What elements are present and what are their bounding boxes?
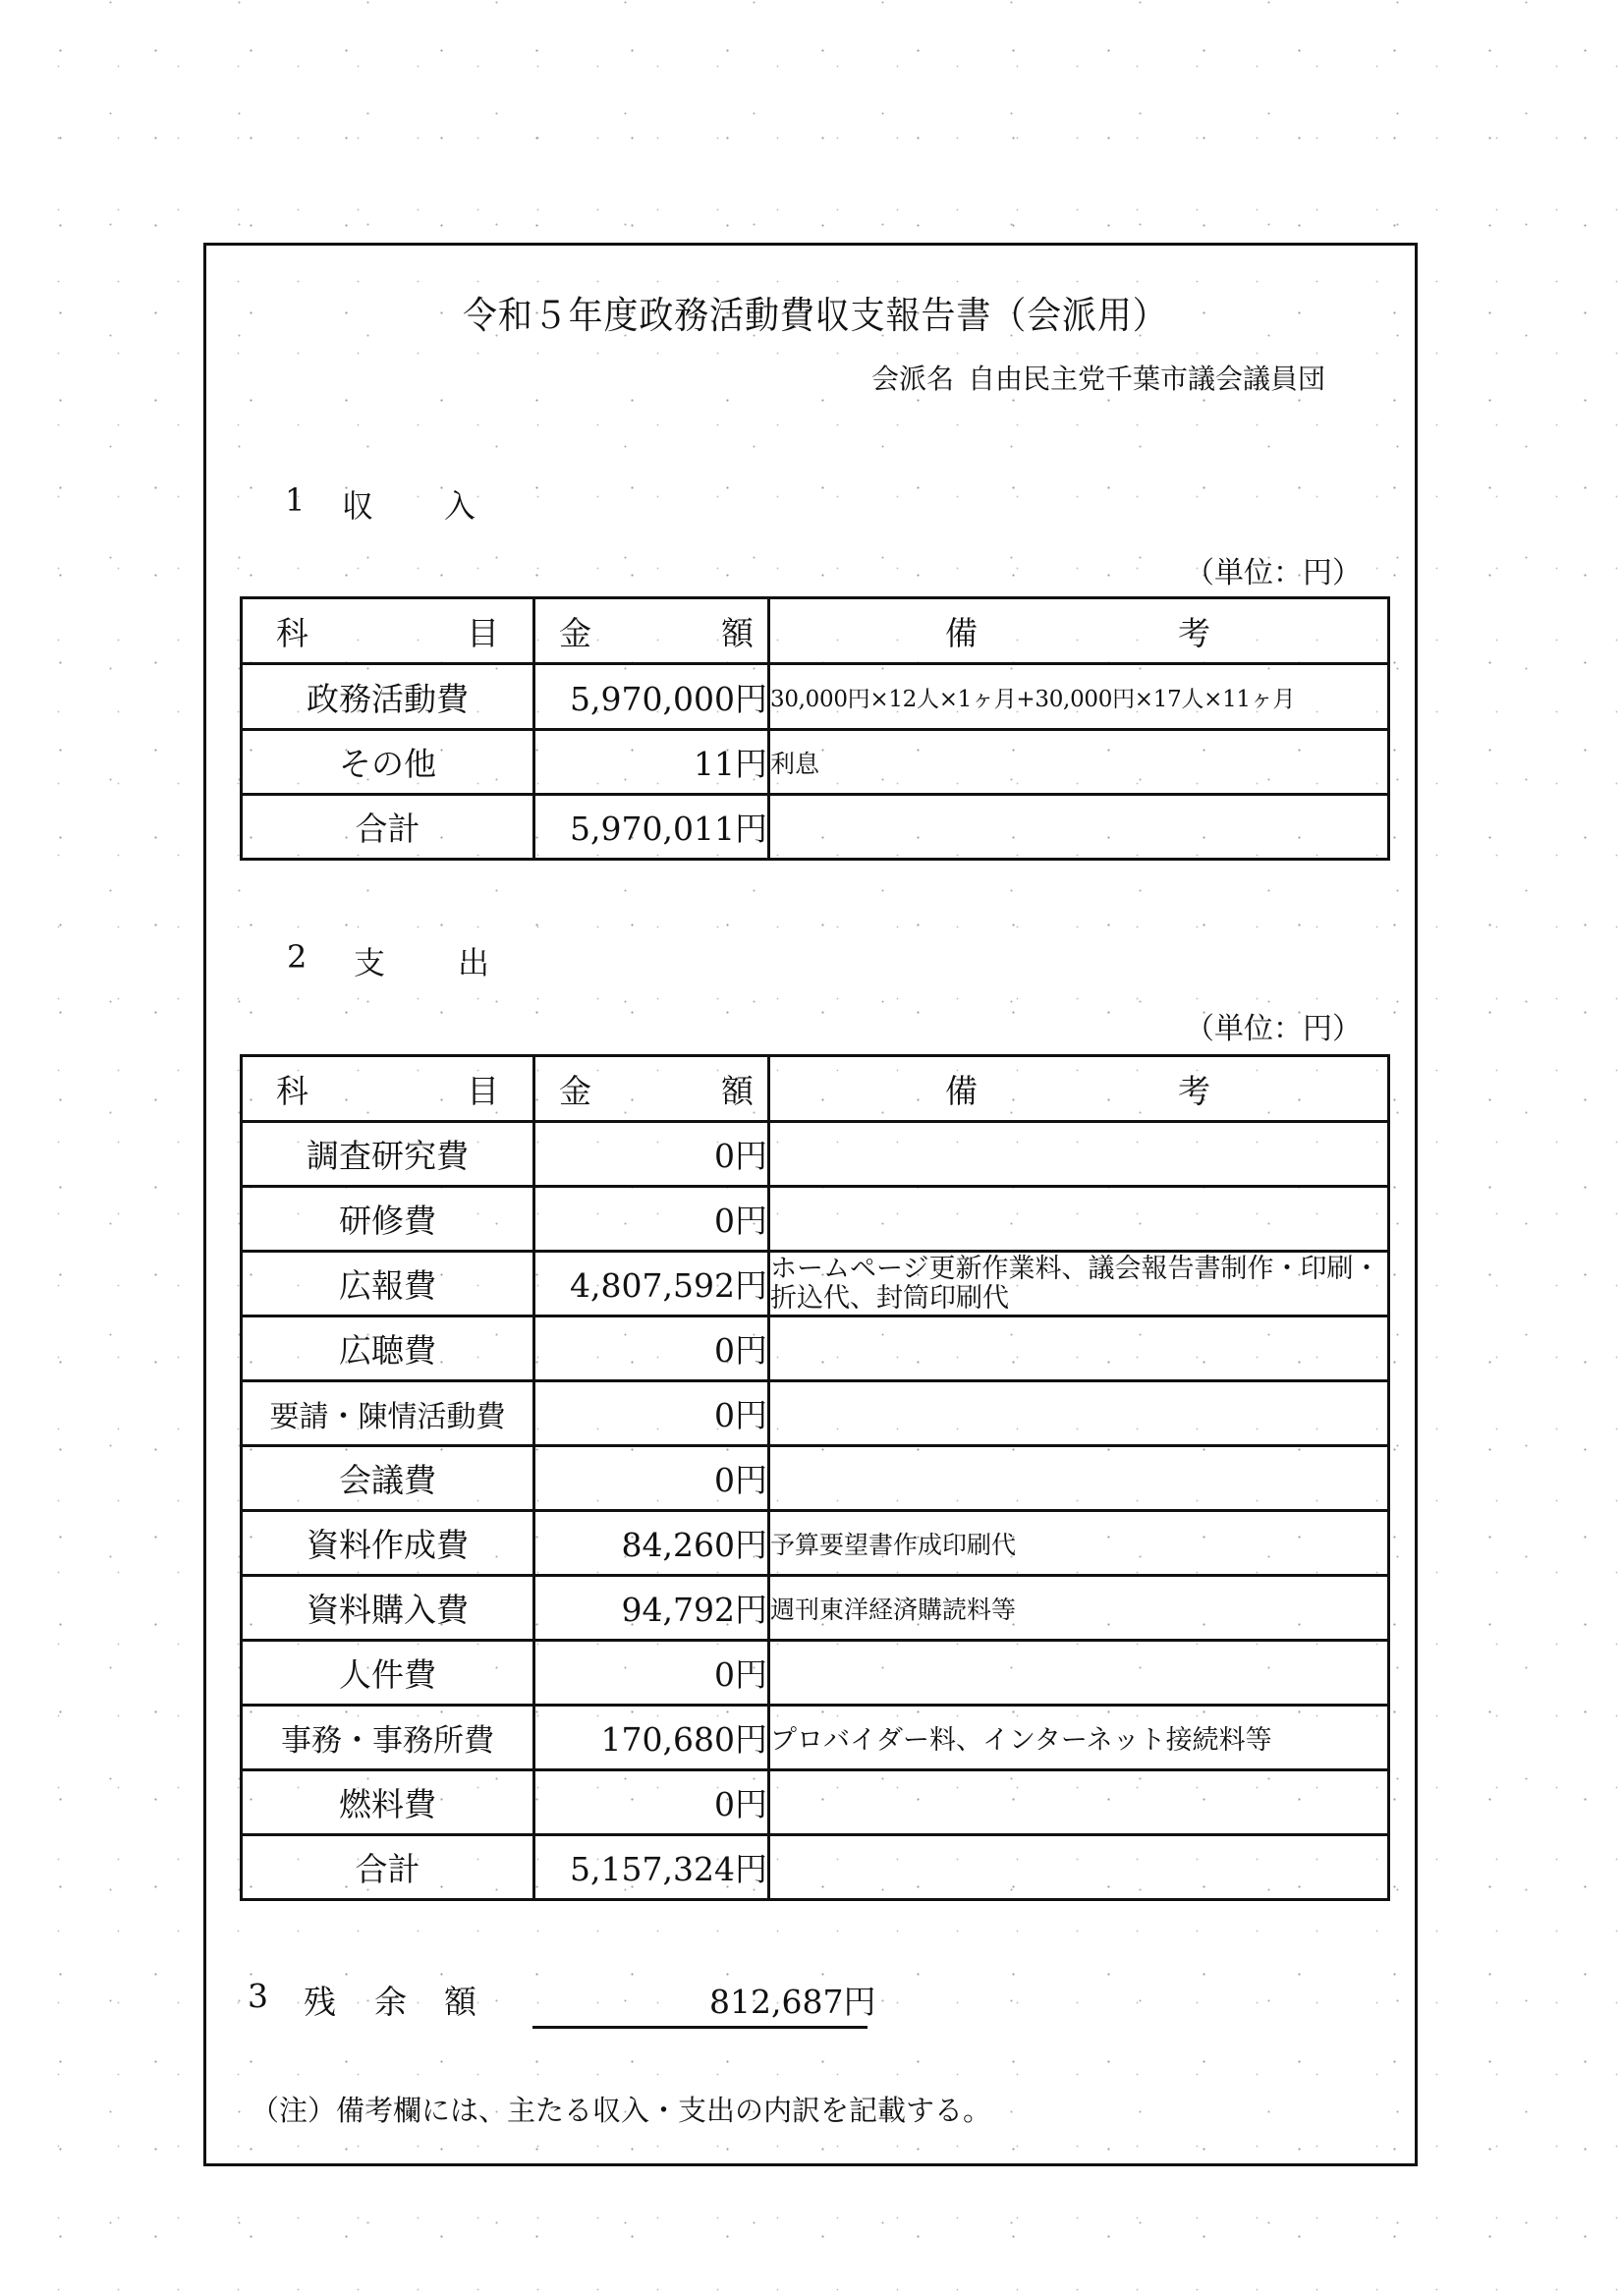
header-char: 備 bbox=[945, 608, 978, 654]
subject-cell: 広聴費 bbox=[242, 1316, 534, 1381]
remarks-cell bbox=[769, 1446, 1389, 1511]
table-row: その他 11円 利息 bbox=[242, 730, 1389, 795]
income-table: 科目 金額 備考 政務活動費 5,970,000円 30,000円×12人×1ヶ… bbox=[240, 596, 1390, 861]
subject-cell: 政務活動費 bbox=[242, 664, 534, 730]
subject-cell: 会議費 bbox=[242, 1446, 534, 1511]
expenditure-section-number: 2 bbox=[287, 938, 307, 976]
header-char: 目 bbox=[467, 1066, 499, 1112]
income-section-number: 1 bbox=[285, 481, 305, 519]
remarks-cell: 予算要望書作成印刷代 bbox=[769, 1511, 1389, 1576]
header-char: 額 bbox=[721, 1066, 754, 1112]
table-row: 事務・事務所費 170,680円 プロバイダー料、インターネット接続料等 bbox=[242, 1706, 1389, 1770]
table-row: 燃料費 0円 bbox=[242, 1770, 1389, 1835]
header-char: 考 bbox=[1178, 608, 1210, 654]
table-row: 資料作成費 84,260円 予算要望書作成印刷代 bbox=[242, 1511, 1389, 1576]
subject-cell: 調査研究費 bbox=[242, 1122, 534, 1187]
table-row: 資料購入費 94,792円 週刊東洋経済購読料等 bbox=[242, 1576, 1389, 1641]
remarks-cell bbox=[769, 1122, 1389, 1187]
amount-cell: 94,792円 bbox=[534, 1576, 769, 1641]
header-char: 金 bbox=[559, 608, 591, 654]
remarks-cell bbox=[769, 1381, 1389, 1446]
subject-cell: 資料作成費 bbox=[242, 1511, 534, 1576]
subject-cell: 要請・陳情活動費 bbox=[242, 1381, 534, 1446]
header-char: 科 bbox=[276, 1066, 308, 1112]
remarks-cell: 利息 bbox=[769, 730, 1389, 795]
expenditure-header-row: 科目 金額 備考 bbox=[242, 1056, 1389, 1122]
header-subject: 科目 bbox=[242, 1056, 534, 1122]
table-row-total: 合計 5,970,011円 bbox=[242, 795, 1389, 860]
header-char: 科 bbox=[276, 608, 308, 654]
subject-cell: 燃料費 bbox=[242, 1770, 534, 1835]
income-unit-label: （単位：円） bbox=[1185, 548, 1362, 591]
header-char: 額 bbox=[721, 608, 754, 654]
amount-cell: 0円 bbox=[534, 1770, 769, 1835]
amount-cell: 5,970,000円 bbox=[534, 664, 769, 730]
amount-cell: 84,260円 bbox=[534, 1511, 769, 1576]
subject-cell: 資料購入費 bbox=[242, 1576, 534, 1641]
remarks-cell bbox=[769, 1316, 1389, 1381]
income-header-row: 科目 金額 備考 bbox=[242, 598, 1389, 664]
remarks-cell: ホームページ更新作業料、議会報告書制作・印刷・折込代、封筒印刷代 bbox=[769, 1252, 1389, 1316]
subject-cell: 人件費 bbox=[242, 1641, 534, 1706]
amount-cell: 5,970,011円 bbox=[534, 795, 769, 860]
expenditure-table: 科目 金額 備考 調査研究費 0円 研修費 0円 広報費 4,807,592円 … bbox=[240, 1054, 1390, 1901]
header-amount: 金額 bbox=[534, 1056, 769, 1122]
subject-cell: 研修費 bbox=[242, 1187, 534, 1252]
income-heading-char-2: 入 bbox=[444, 481, 476, 527]
remarks-cell bbox=[769, 1835, 1389, 1900]
table-row: 広報費 4,807,592円 ホームページ更新作業料、議会報告書制作・印刷・折込… bbox=[242, 1252, 1389, 1316]
residual-section-number: 3 bbox=[248, 1977, 268, 2015]
subject-cell: 合計 bbox=[242, 1835, 534, 1900]
report-title: 令和５年度政務活動費収支報告書（会派用） bbox=[463, 285, 1168, 339]
amount-cell: 0円 bbox=[534, 1641, 769, 1706]
table-row: 人件費 0円 bbox=[242, 1641, 1389, 1706]
faction-name: 自由民主党千葉市議会議員団 bbox=[968, 363, 1325, 395]
amount-cell: 11円 bbox=[534, 730, 769, 795]
table-row: 研修費 0円 bbox=[242, 1187, 1389, 1252]
faction-line: 会派名自由民主党千葉市議会議員団 bbox=[871, 358, 1325, 397]
subject-cell: 事務・事務所費 bbox=[242, 1706, 534, 1770]
table-row-total: 合計 5,157,324円 bbox=[242, 1835, 1389, 1900]
remarks-cell bbox=[769, 1641, 1389, 1706]
header-subject: 科目 bbox=[242, 598, 534, 664]
table-row: 調査研究費 0円 bbox=[242, 1122, 1389, 1187]
remarks-cell: プロバイダー料、インターネット接続料等 bbox=[769, 1706, 1389, 1770]
faction-label: 会派名 bbox=[871, 363, 954, 395]
expenditure-unit-label: （単位：円） bbox=[1185, 1004, 1362, 1047]
subject-cell: 合計 bbox=[242, 795, 534, 860]
table-row: 広聴費 0円 bbox=[242, 1316, 1389, 1381]
footnote: （注）備考欄には、主たる収入・支出の内訳を記載する。 bbox=[251, 2089, 991, 2129]
amount-cell: 0円 bbox=[534, 1122, 769, 1187]
amount-cell: 0円 bbox=[534, 1316, 769, 1381]
remarks-cell bbox=[769, 795, 1389, 860]
remarks-cell bbox=[769, 1770, 1389, 1835]
header-amount: 金額 bbox=[534, 598, 769, 664]
header-remarks: 備考 bbox=[769, 598, 1389, 664]
header-char: 金 bbox=[559, 1066, 591, 1112]
amount-cell: 170,680円 bbox=[534, 1706, 769, 1770]
table-row: 政務活動費 5,970,000円 30,000円×12人×1ヶ月+30,000円… bbox=[242, 664, 1389, 730]
header-char: 考 bbox=[1178, 1066, 1210, 1112]
amount-cell: 0円 bbox=[534, 1446, 769, 1511]
residual-heading-char-1: 残 bbox=[304, 1977, 336, 2023]
amount-cell: 4,807,592円 bbox=[534, 1252, 769, 1316]
residual-heading-char-2: 余 bbox=[374, 1977, 407, 2023]
amount-cell: 0円 bbox=[534, 1381, 769, 1446]
expenditure-heading-char-2: 出 bbox=[458, 938, 489, 983]
subject-cell: その他 bbox=[242, 730, 534, 795]
header-char: 備 bbox=[945, 1066, 978, 1112]
header-char: 目 bbox=[467, 608, 499, 654]
income-heading-char-1: 収 bbox=[342, 481, 373, 527]
residual-heading-char-3: 額 bbox=[444, 1977, 476, 2023]
amount-cell: 5,157,324円 bbox=[534, 1835, 769, 1900]
table-row: 要請・陳情活動費 0円 bbox=[242, 1381, 1389, 1446]
remarks-cell: 週刊東洋経済購読料等 bbox=[769, 1576, 1389, 1641]
header-remarks: 備考 bbox=[769, 1056, 1389, 1122]
subject-cell: 広報費 bbox=[242, 1252, 534, 1316]
amount-cell: 0円 bbox=[534, 1187, 769, 1252]
table-row: 会議費 0円 bbox=[242, 1446, 1389, 1511]
residual-amount: 812,687円 bbox=[709, 1977, 875, 2023]
expenditure-heading-char-1: 支 bbox=[354, 938, 385, 983]
residual-underline bbox=[532, 2026, 867, 2029]
remarks-cell: 30,000円×12人×1ヶ月+30,000円×17人×11ヶ月 bbox=[769, 664, 1389, 730]
remarks-cell bbox=[769, 1187, 1389, 1252]
